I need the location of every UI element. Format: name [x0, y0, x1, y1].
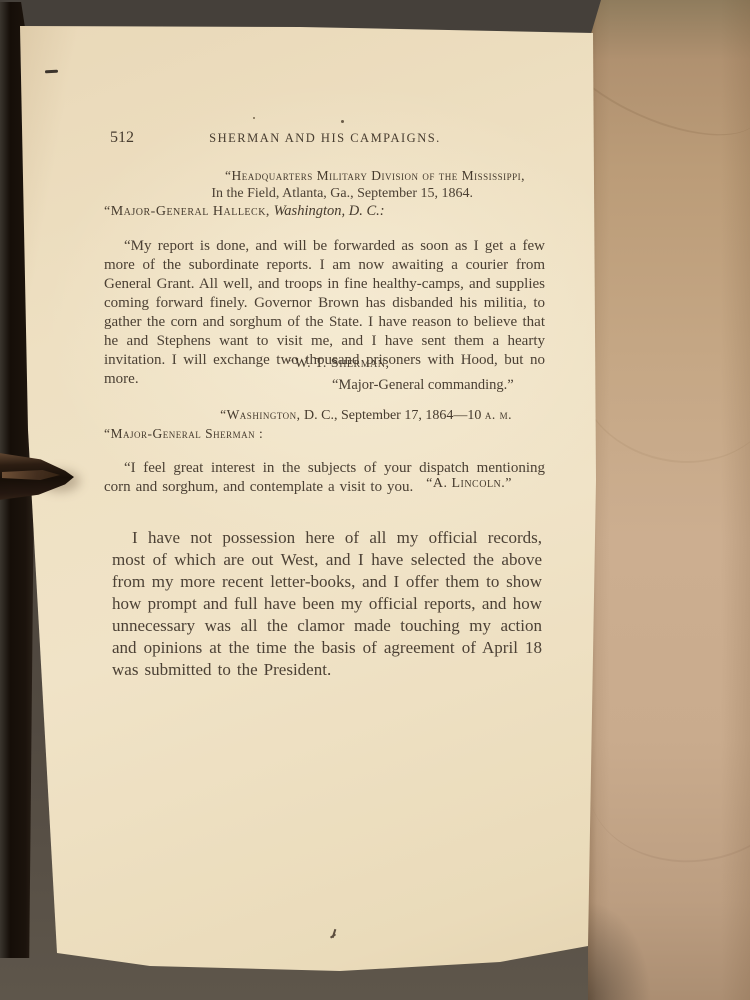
- ink-speck: [253, 117, 255, 119]
- ink-mark: [45, 70, 58, 74]
- letter1-salutation: “Major-General Halleck, Washington, D. C…: [104, 203, 385, 220]
- letter1-heading-date: In the Field, Atlanta, Ga., September 15…: [104, 186, 473, 202]
- letter1-signature-name: “W. T. Sherman,: [288, 356, 390, 372]
- page-crease: [580, 689, 750, 872]
- letter2-heading-time: a. m.: [485, 407, 512, 422]
- running-head: SHERMAN AND HIS CAMPAIGNS.: [200, 131, 450, 146]
- page-number: 512: [110, 129, 134, 147]
- letter1-heading-place: “Headquarters Military Division of the M…: [104, 168, 525, 184]
- letter2-heading-place: “Washington,: [220, 407, 300, 422]
- facing-page-edges: [588, 0, 750, 1000]
- book-photo: 512 SHERMAN AND HIS CAMPAIGNS. “Headquar…: [0, 0, 750, 1000]
- bookmark-tab: [0, 444, 78, 508]
- letter2-heading: “Washington, D. C., September 17, 1864—1…: [104, 407, 512, 424]
- letter1-salutation-place: Washington, D. C.:: [270, 203, 385, 219]
- letter2-heading-date: D. C., September 17, 1864—10: [301, 408, 485, 423]
- letter1-salutation-name: “Major-General Halleck,: [104, 204, 270, 219]
- letter2-salutation: “Major-General Sherman :: [104, 426, 263, 442]
- letter1-signature-title: “Major-General commanding.”: [332, 377, 514, 394]
- letter2-signature: “A. Lincoln.”: [104, 476, 512, 492]
- ink-speck: [341, 120, 344, 123]
- closing-paragraph: I have not possession here of all my off…: [112, 527, 542, 681]
